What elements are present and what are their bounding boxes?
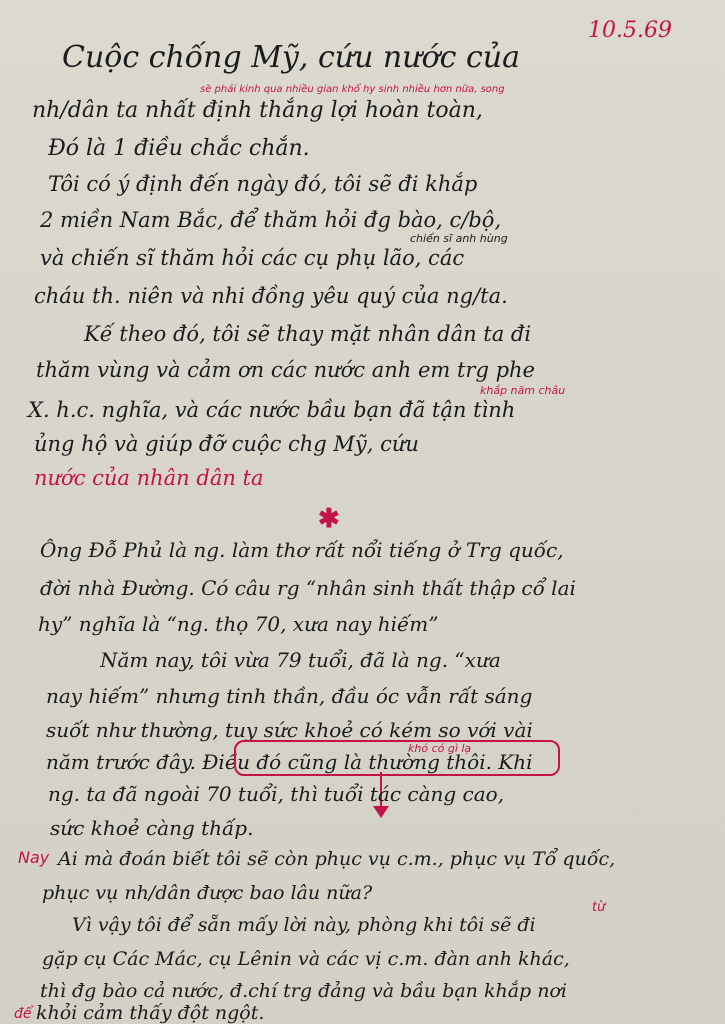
text-line: Ông Đỗ Phủ là ng. làm thơ rất nổi tiếng … xyxy=(40,538,564,562)
text-line: nay hiếm” nhưng tinh thần, đầu óc vẫn rấ… xyxy=(46,684,532,708)
text-line: Vì vậy tôi để sẵn mấy lời này, phòng khi… xyxy=(72,914,536,936)
red-boxed-insert xyxy=(234,740,560,776)
text-line: khỏi cảm thấy đột ngột. xyxy=(36,1002,264,1024)
text-line: 2 miền Nam Bắc, để thăm hỏi đg bào, c/bộ… xyxy=(40,208,501,232)
margin-note-de: để xyxy=(14,1006,32,1022)
insert-line5: chiến sĩ anh hùng xyxy=(410,232,508,245)
text-line: ng. ta đã ngoài 70 tuổi, thì tuổi tác cà… xyxy=(48,782,504,806)
text-line: đời nhà Đường. Có câu rg “nhân sinh thất… xyxy=(40,576,576,600)
margin-note-nay: Nay xyxy=(18,848,49,867)
title-line: Cuộc chống Mỹ, cứu nước của xyxy=(62,40,520,75)
text-line: Năm nay, tôi vừa 79 tuổi, đã là ng. “xưa xyxy=(100,648,501,672)
text-line: sức khoẻ càng thấp. xyxy=(50,816,253,840)
asterisk-mark: ✱ xyxy=(318,504,340,534)
red-insert-line9: khắp năm châu xyxy=(480,384,565,397)
text-line: thăm vùng và cảm ơn các nước anh em trg … xyxy=(36,358,535,382)
text-line: cháu th. niên và nhi đồng yêu quý của ng… xyxy=(34,284,508,308)
text-line: gặp cụ Các Mác, cụ Lênin và các vị c.m. … xyxy=(42,948,570,970)
text-line: và chiến sĩ thăm hỏi các cụ phụ lão, các xyxy=(40,246,464,270)
text-line: ủng hộ và giúp đỡ cuộc chg Mỹ, cứu xyxy=(34,432,419,456)
text-line: Kế theo đó, tôi sẽ thay mặt nhân dân ta … xyxy=(84,322,531,346)
date-annotation: 10.5.69 xyxy=(588,18,672,43)
text-line: nước của nhân dân ta xyxy=(34,466,264,490)
text-line: nh/dân ta nhất định thắng lợi hoàn toàn, xyxy=(32,98,483,123)
text-line: Ai mà đoán biết tôi sẽ còn phục vụ c.m.,… xyxy=(58,848,615,870)
text-line: Đó là 1 điều chắc chắn. xyxy=(48,136,310,161)
text-line: suốt như thường, tuy sức khoẻ có kém so … xyxy=(46,718,533,742)
manuscript-page: 10.5.69 Cuộc chống Mỹ, cứu nước của sẽ p… xyxy=(0,0,725,1024)
text-line: thì đg bào cả nước, đ.chí trg đảng và bầ… xyxy=(40,980,567,1002)
text-line: phục vụ nh/dân được bao lâu nữa? xyxy=(42,882,372,904)
text-line: Tôi có ý định đến ngày đó, tôi sẽ đi khắ… xyxy=(48,172,477,196)
red-insert-tu: từ xyxy=(592,900,605,915)
text-line: hy” nghĩa là “ng. thọ 70, xưa nay hiếm” xyxy=(38,612,438,636)
arrow-head-icon xyxy=(373,806,389,818)
text-line: X. h.c. nghĩa, và các nước bầu bạn đã tậ… xyxy=(28,398,515,422)
red-insert-line2: sẽ phải kinh qua nhiều gian khổ hy sinh … xyxy=(200,84,505,95)
boxed-insert-text: khó có gì lạ xyxy=(408,742,471,755)
